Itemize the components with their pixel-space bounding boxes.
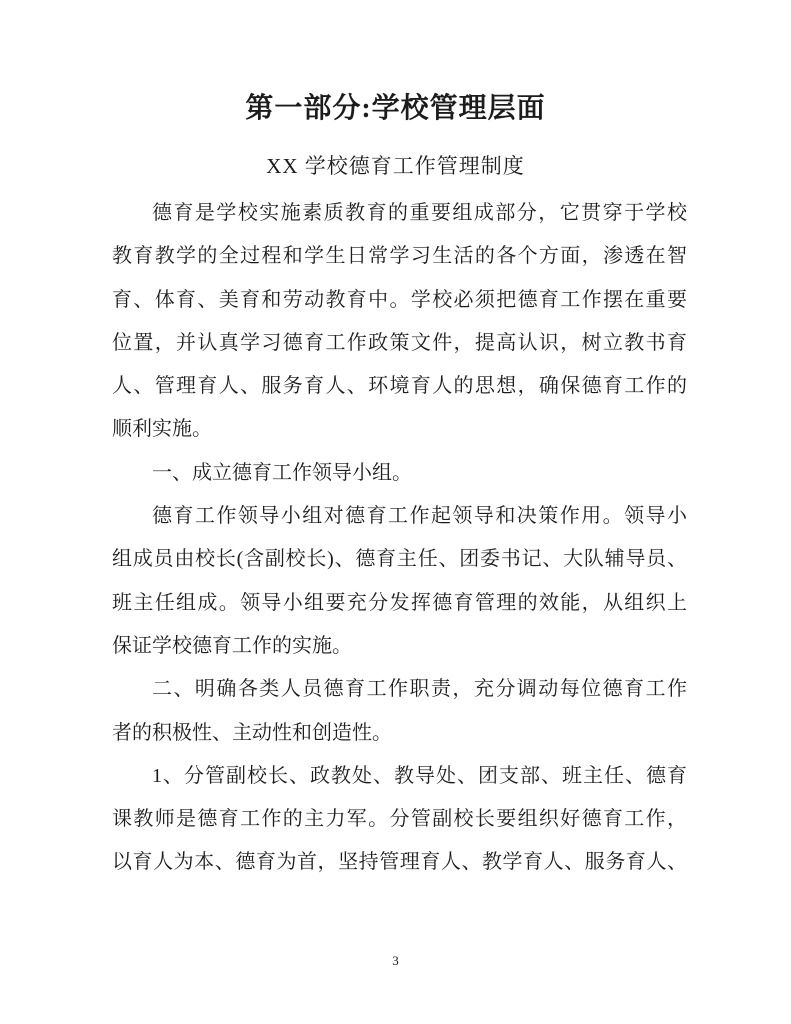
text-line: 人、管理育人、服务育人、环境育人的思想，确保德育工作的: [112, 365, 687, 408]
paragraph: 德育工作领导小组对德育工作起领导和决策作用。领导小组成员由校长(含副校长)、德育…: [112, 495, 687, 668]
text-line: 者的积极性、主动性和创造性。: [112, 712, 687, 755]
paragraph: 一、成立德育工作领导小组。: [112, 452, 687, 495]
text-line: 课教师是德育工作的主力军。分管副校长要组织好德育工作，: [112, 798, 687, 841]
text-line: 顺利实施。: [112, 408, 687, 451]
text-line: 以育人为本、德育为首，坚持管理育人、教学育人、服务育人、: [112, 841, 687, 884]
page-title: 第一部分:学校管理层面: [0, 0, 791, 128]
text-line: 教育教学的全过程和学生日常学习生活的各个方面，渗透在智: [112, 235, 687, 278]
text-line: 育、体育、美育和劳动教育中。学校必须把德育工作摆在重要: [112, 279, 687, 322]
text-line: 一、成立德育工作领导小组。: [112, 452, 687, 495]
text-line: 位置，并认真学习德育工作政策文件，提高认识，树立教书育: [112, 322, 687, 365]
document-subtitle: XX 学校德育工作管理制度: [0, 152, 791, 180]
text-line: 组成员由校长(含副校长)、德育主任、团委书记、大队辅导员、: [112, 538, 687, 581]
paragraph: 德育是学校实施素质教育的重要组成部分，它贯穿于学校教育教学的全过程和学生日常学习…: [112, 192, 687, 452]
paragraph: 1、分管副校长、政教处、教导处、团支部、班主任、德育课教师是德育工作的主力军。分…: [112, 755, 687, 885]
text-line: 德育是学校实施素质教育的重要组成部分，它贯穿于学校: [112, 192, 687, 235]
text-line: 二、明确各类人员德育工作职责，充分调动每位德育工作: [112, 668, 687, 711]
text-line: 班主任组成。领导小组要充分发挥德育管理的效能，从组织上: [112, 582, 687, 625]
document-page: 第一部分:学校管理层面 XX 学校德育工作管理制度 德育是学校实施素质教育的重要…: [0, 0, 791, 1024]
text-line: 德育工作领导小组对德育工作起领导和决策作用。领导小: [112, 495, 687, 538]
text-line: 1、分管副校长、政教处、教导处、团支部、班主任、德育: [112, 755, 687, 798]
document-body: 德育是学校实施素质教育的重要组成部分，它贯穿于学校教育教学的全过程和学生日常学习…: [112, 192, 687, 885]
paragraph: 二、明确各类人员德育工作职责，充分调动每位德育工作者的积极性、主动性和创造性。: [112, 668, 687, 755]
page-number: 3: [0, 952, 791, 970]
text-line: 保证学校德育工作的实施。: [112, 625, 687, 668]
